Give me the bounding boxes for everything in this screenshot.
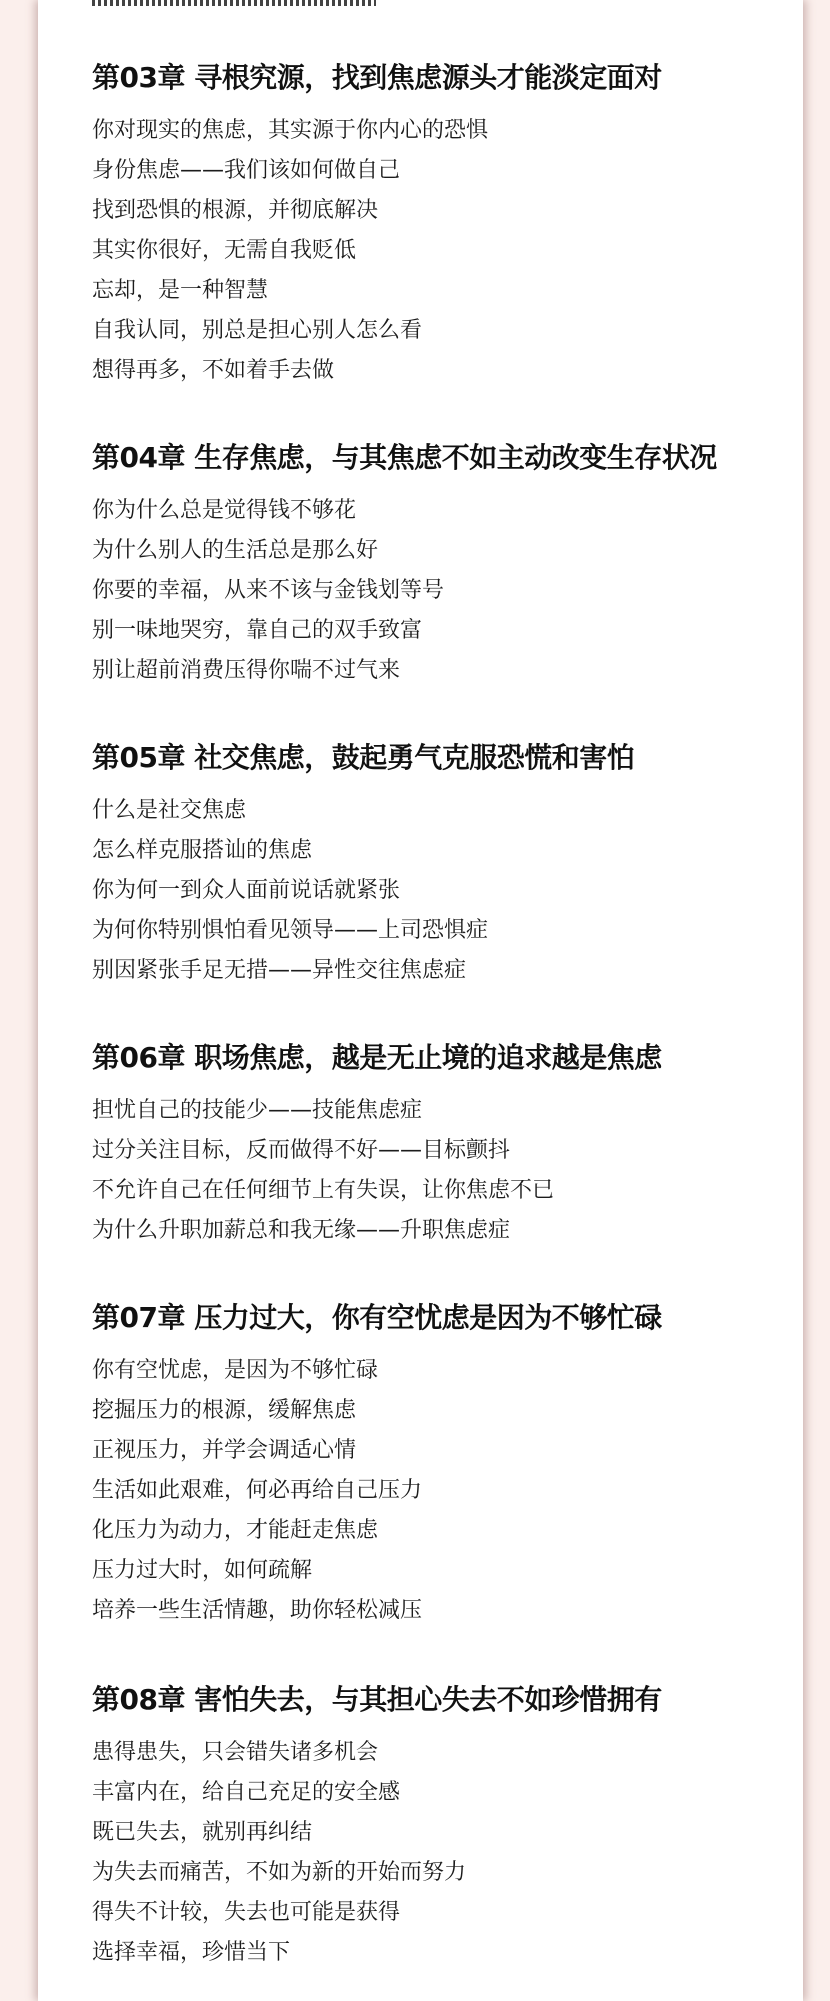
list-item: 为什么别人的生活总是那么好	[92, 531, 830, 571]
chapter-title: 第04章 生存焦虑，与其焦虑不如主动改变生存状况	[92, 438, 830, 478]
chapter-title: 第06章 职场焦虑，越是无止境的追求越是焦虑	[92, 1038, 830, 1078]
list-item: 想得再多，不如着手去做	[92, 351, 830, 391]
list-item: 你为什么总是觉得钱不够花	[92, 491, 830, 531]
list-item: 培养一些生活情趣，助你轻松减压	[92, 1591, 830, 1631]
list-item: 压力过大时，如何疏解	[92, 1551, 830, 1591]
list-item: 为失去而痛苦，不如为新的开始而努力	[92, 1853, 830, 1893]
list-item: 其实你很好，无需自我贬低	[92, 231, 830, 271]
list-item: 别让超前消费压得你喘不过气来	[92, 651, 830, 691]
list-item: 丰富内在，给自己充足的安全感	[92, 1773, 830, 1813]
chapter-04: 第04章 生存焦虑，与其焦虑不如主动改变生存状况 你为什么总是觉得钱不够花 为什…	[92, 438, 830, 691]
list-item: 怎么样克服搭讪的焦虑	[92, 831, 830, 871]
chapter-title: 第07章 压力过大，你有空忧虑是因为不够忙碌	[92, 1298, 830, 1338]
list-item: 你要的幸福，从来不该与金钱划等号	[92, 571, 830, 611]
chapter-items: 你为什么总是觉得钱不够花 为什么别人的生活总是那么好 你要的幸福，从来不该与金钱…	[92, 491, 830, 691]
list-item: 化压力为动力，才能赶走焦虑	[92, 1511, 830, 1551]
chapter-title: 第08章 害怕失去，与其担心失去不如珍惜拥有	[92, 1680, 830, 1720]
document-card: 第03章 寻根究源，找到焦虑源头才能淡定面对 你对现实的焦虑，其实源于你内心的恐…	[38, 0, 803, 2001]
list-item: 别一味地哭穷，靠自己的双手致富	[92, 611, 830, 651]
list-item: 生活如此艰难，何必再给自己压力	[92, 1471, 830, 1511]
list-item: 什么是社交焦虑	[92, 791, 830, 831]
list-item: 你对现实的焦虑，其实源于你内心的恐惧	[92, 111, 830, 151]
list-item: 担忧自己的技能少——技能焦虑症	[92, 1091, 830, 1131]
list-item: 正视压力，并学会调适心情	[92, 1431, 830, 1471]
list-item: 找到恐惧的根源，并彻底解决	[92, 191, 830, 231]
list-item: 你为何一到众人面前说话就紧张	[92, 871, 830, 911]
list-item: 身份焦虑——我们该如何做自己	[92, 151, 830, 191]
chapter-08: 第08章 害怕失去，与其担心失去不如珍惜拥有 患得患失，只会错失诸多机会 丰富内…	[92, 1680, 830, 1973]
chapter-items: 什么是社交焦虑 怎么样克服搭讪的焦虑 你为何一到众人面前说话就紧张 为何你特别惧…	[92, 791, 830, 991]
chapter-items: 你对现实的焦虑，其实源于你内心的恐惧 身份焦虑——我们该如何做自己 找到恐惧的根…	[92, 111, 830, 391]
list-item: 既已失去，就别再纠结	[92, 1813, 830, 1853]
chapter-items: 你有空忧虑，是因为不够忙碌 挖掘压力的根源，缓解焦虑 正视压力，并学会调适心情 …	[92, 1351, 830, 1631]
list-item: 别因紧张手足无措——异性交往焦虑症	[92, 951, 830, 991]
chapter-title: 第05章 社交焦虑，鼓起勇气克服恐慌和害怕	[92, 738, 830, 778]
chapter-items: 担忧自己的技能少——技能焦虑症 过分关注目标，反而做得不好——目标颤抖 不允许自…	[92, 1091, 830, 1251]
list-item: 自我认同，别总是担心别人怎么看	[92, 311, 830, 351]
list-item: 忘却，是一种智慧	[92, 271, 830, 311]
list-item: 为什么升职加薪总和我无缘——升职焦虑症	[92, 1211, 830, 1251]
list-item: 你有空忧虑，是因为不够忙碌	[92, 1351, 830, 1391]
chapter-03: 第03章 寻根究源，找到焦虑源头才能淡定面对 你对现实的焦虑，其实源于你内心的恐…	[92, 58, 830, 391]
chapter-05: 第05章 社交焦虑，鼓起勇气克服恐慌和害怕 什么是社交焦虑 怎么样克服搭讪的焦虑…	[92, 738, 830, 991]
chapter-06: 第06章 职场焦虑，越是无止境的追求越是焦虑 担忧自己的技能少——技能焦虑症 过…	[92, 1038, 830, 1251]
list-item: 挖掘压力的根源，缓解焦虑	[92, 1391, 830, 1431]
chapter-items: 患得患失，只会错失诸多机会 丰富内在，给自己充足的安全感 既已失去，就别再纠结 …	[92, 1733, 830, 1973]
chapter-07: 第07章 压力过大，你有空忧虑是因为不够忙碌 你有空忧虑，是因为不够忙碌 挖掘压…	[92, 1298, 830, 1631]
chapter-title: 第03章 寻根究源，找到焦虑源头才能淡定面对	[92, 58, 830, 98]
list-item: 为何你特别惧怕看见领导——上司恐惧症	[92, 911, 830, 951]
list-item: 过分关注目标，反而做得不好——目标颤抖	[92, 1131, 830, 1171]
list-item: 得失不计较，失去也可能是获得	[92, 1893, 830, 1933]
clipped-previous-line	[92, 0, 376, 6]
list-item: 不允许自己在任何细节上有失误，让你焦虑不已	[92, 1171, 830, 1211]
list-item: 选择幸福，珍惜当下	[92, 1933, 830, 1973]
list-item: 患得患失，只会错失诸多机会	[92, 1733, 830, 1773]
